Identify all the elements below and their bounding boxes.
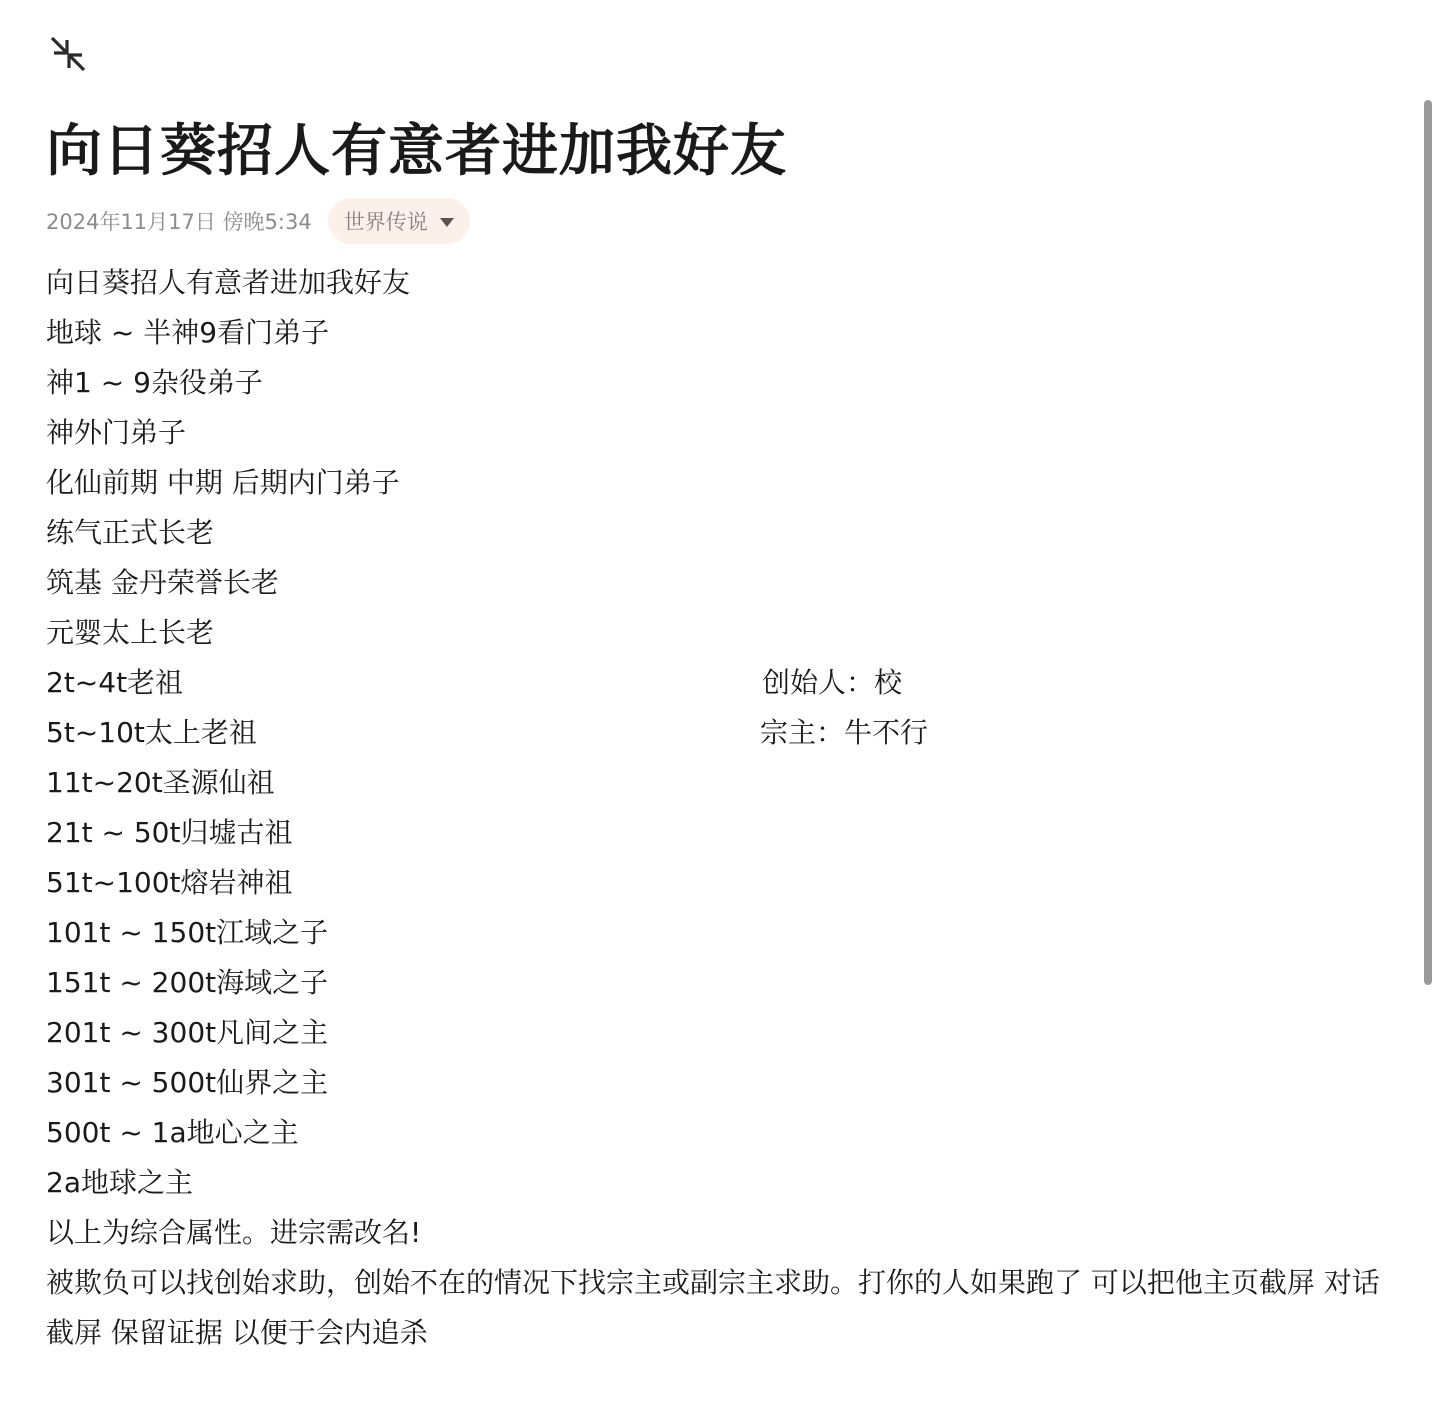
collapse-arrows-icon bbox=[46, 32, 90, 76]
body-line: 以上为综合属性。进宗需改名! bbox=[46, 1208, 1386, 1258]
body-line: 500t ~ 1a地心之主 bbox=[46, 1108, 1386, 1158]
body-line: 2t~4t老祖 bbox=[46, 658, 1386, 708]
body-line: 11t~20t圣源仙祖 bbox=[46, 758, 1386, 808]
category-label: 世界传说 bbox=[344, 206, 428, 236]
body-line: 向日葵招人有意者进加我好友 bbox=[46, 258, 1386, 308]
body-line: 151t ~ 200t海域之子 bbox=[46, 958, 1386, 1008]
category-dropdown[interactable]: 世界传说 bbox=[328, 198, 470, 244]
leader-note: 宗主：牛不行 bbox=[760, 708, 928, 758]
note-body[interactable]: 向日葵招人有意者进加我好友 地球 ~ 半神9看门弟子 神1 ~ 9杂役弟子 神外… bbox=[46, 258, 1386, 1358]
note-meta: 2024年11月17日 傍晚5:34 世界传说 bbox=[46, 198, 470, 244]
body-line: 化仙前期 中期 后期内门弟子 bbox=[46, 458, 1386, 508]
note-title[interactable]: 向日葵招人有意者进加我好友 bbox=[46, 112, 787, 192]
collapse-button[interactable] bbox=[46, 32, 90, 76]
body-line: 练气正式长老 bbox=[46, 508, 1386, 558]
body-line: 元婴太上长老 bbox=[46, 608, 1386, 658]
body-line: 地球 ~ 半神9看门弟子 bbox=[46, 308, 1386, 358]
founder-note: 创始人：校 bbox=[762, 658, 902, 708]
body-line: 21t ~ 50t归墟古祖 bbox=[46, 808, 1386, 858]
body-line: 2a地球之主 bbox=[46, 1158, 1386, 1208]
caret-down-icon bbox=[440, 218, 454, 227]
body-line: 筑基 金丹荣誉长老 bbox=[46, 558, 1386, 608]
body-line: 101t ~ 150t江域之子 bbox=[46, 908, 1386, 958]
body-line: 5t~10t太上老祖 bbox=[46, 708, 1386, 758]
body-line: 51t~100t熔岩神祖 bbox=[46, 858, 1386, 908]
body-line: 神外门弟子 bbox=[46, 408, 1386, 458]
body-paragraph: 被欺负可以找创始求助，创始不在的情况下找宗主或副宗主求助。打你的人如果跑了 可以… bbox=[46, 1258, 1386, 1358]
body-line: 神1 ~ 9杂役弟子 bbox=[46, 358, 1386, 408]
note-date: 2024年11月17日 傍晚5:34 bbox=[46, 206, 312, 236]
scrollbar-thumb[interactable] bbox=[1424, 100, 1432, 985]
body-line: 301t ~ 500t仙界之主 bbox=[46, 1058, 1386, 1108]
body-line: 201t ~ 300t凡间之主 bbox=[46, 1008, 1386, 1058]
